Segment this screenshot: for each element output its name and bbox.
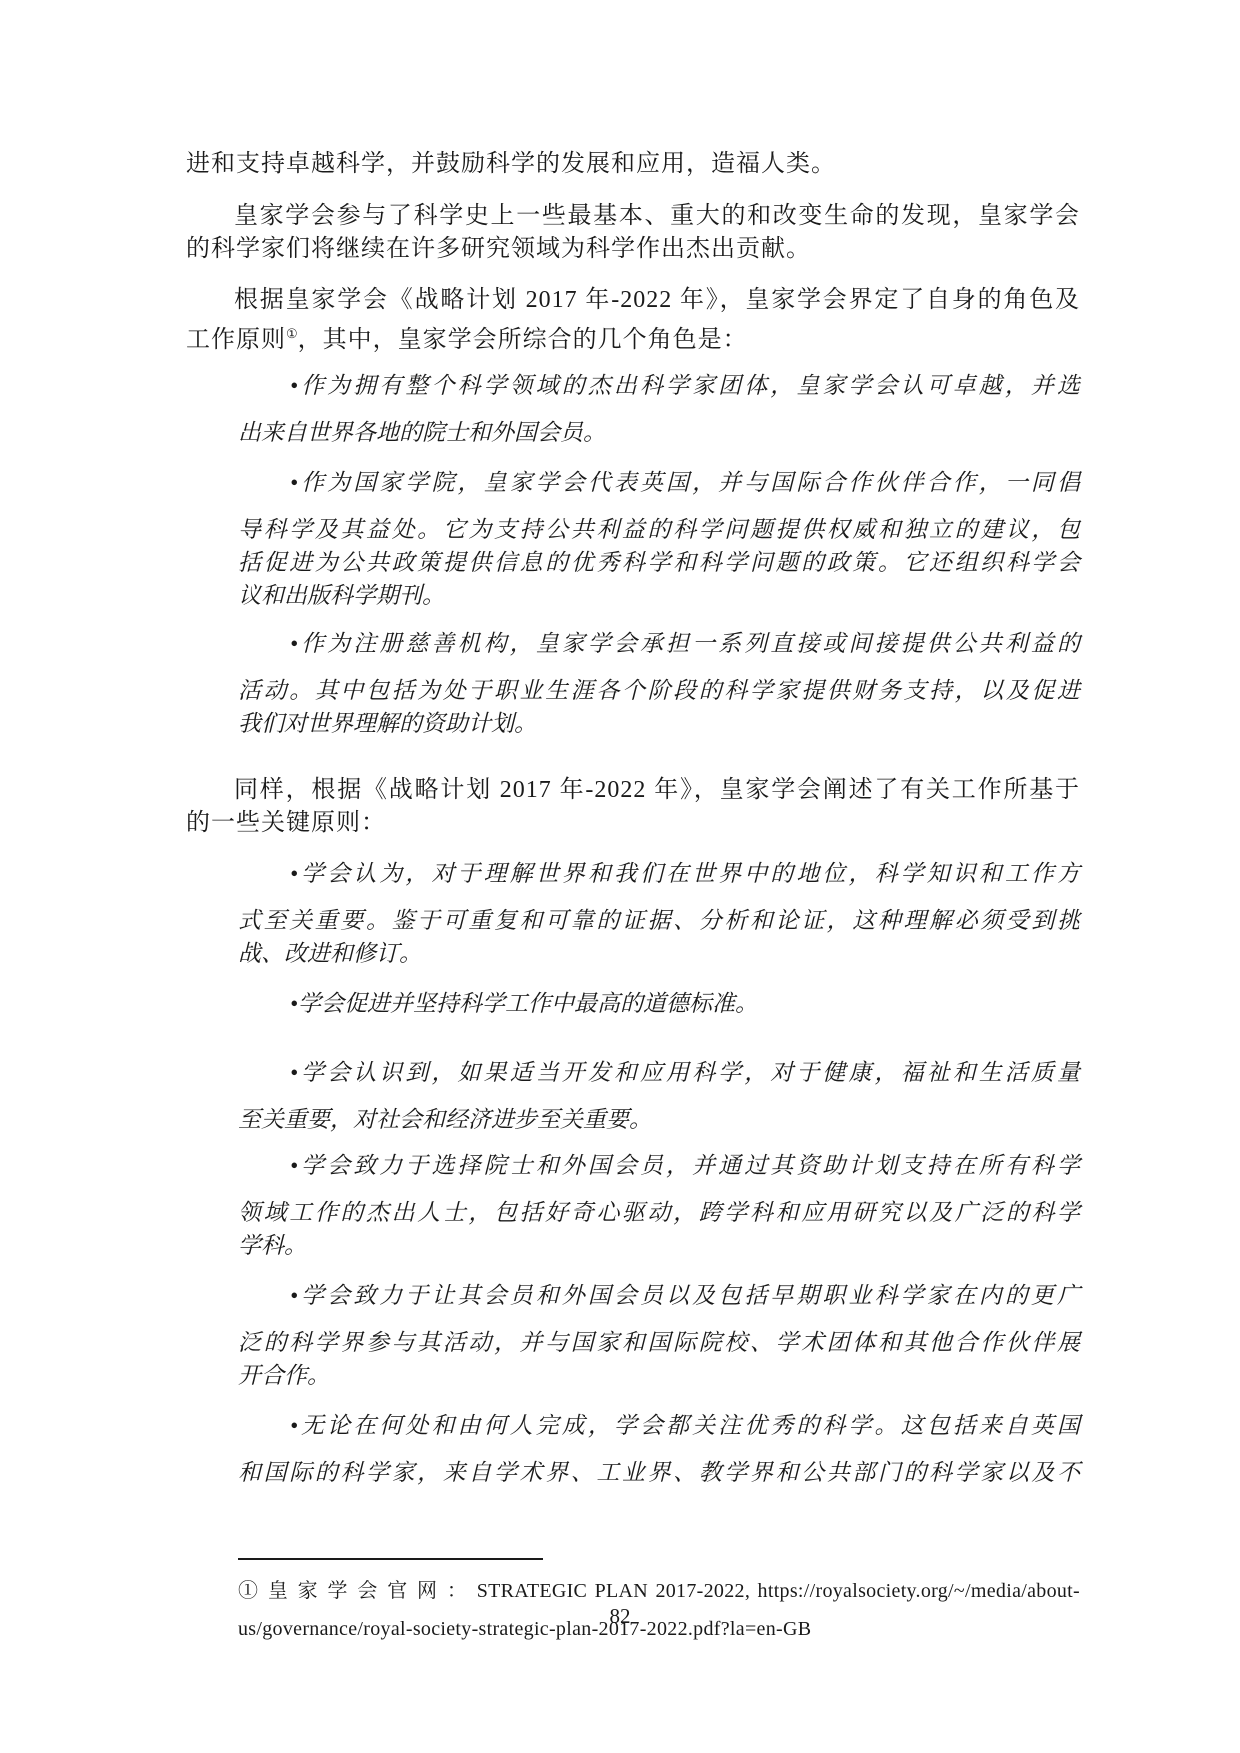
bullet-paragraph: •学会促进并坚持科学工作中最高的道德标准。 [238,987,1080,1034]
footnote-reference-mark: ① [286,326,298,341]
text-line: •作为国家学院，皇家学会代表英国，并与国际合作伙伴合作，一同倡 [238,466,1080,513]
text-line: •作为拥有整个科学领域的杰出科学家团体，皇家学会认可卓越，并选 [238,369,1080,416]
text-line: 工作原则①，其中，皇家学会所综合的几个角色是： [186,317,1080,357]
text-line: 式至关重要。鉴于可重复和可靠的证据、分析和论证，这种理解必须受到挑 [238,904,1080,937]
text-line: •学会致力于让其会员和外国会员以及包括早期职业科学家在内的更广 [238,1279,1080,1326]
text-line: 皇家学会参与了科学史上一些最基本、重大的和改变生命的发现，皇家学会 [186,200,1080,233]
footnote-separator [238,1558,543,1560]
bullet-paragraph: •作为拥有整个科学领域的杰出科学家团体，皇家学会认可卓越，并选出来自世界各地的院… [238,369,1080,449]
text-line: 根据皇家学会《战略计划 2017 年-2022 年》，皇家学会界定了自身的角色及 [186,284,1080,317]
document-page: 进和支持卓越科学，并鼓励科学的发展和应用，造福人类。皇家学会参与了科学史上一些最… [0,0,1240,1753]
text-line: 开合作。 [238,1359,1080,1392]
bullet-paragraph: •无论在何处和由何人完成，学会都关注优秀的科学。这包括来自英国和国际的科学家，来… [238,1409,1080,1489]
text-line: 至关重要，对社会和经济进步至关重要。 [238,1103,1080,1136]
text-line: 的科学家们将继续在许多研究领域为科学作出杰出贡献。 [186,233,1080,266]
text-line: 进和支持卓越科学，并鼓励科学的发展和应用，造福人类。 [186,148,1080,181]
text-line: 括促进为公共政策提供信息的优秀科学和科学问题的政策。它还组织科学会 [238,546,1080,579]
text-line: 的一些关键原则： [186,807,1080,840]
text-line: 同样，根据《战略计划 2017 年-2022 年》，皇家学会阐述了有关工作所基于 [186,774,1080,807]
text-line: •学会促进并坚持科学工作中最高的道德标准。 [238,987,1080,1034]
bullet-paragraph: •学会认为，对于理解世界和我们在世界中的地位，科学知识和工作方式至关重要。鉴于可… [238,857,1080,970]
body-paragraph: 进和支持卓越科学，并鼓励科学的发展和应用，造福人类。 [186,148,1080,181]
text-line: •无论在何处和由何人完成，学会都关注优秀的科学。这包括来自英国 [238,1409,1080,1456]
bullet-paragraph: •作为国家学院，皇家学会代表英国，并与国际合作伙伴合作，一同倡导科学及其益处。它… [238,466,1080,612]
text-line: •学会致力于选择院士和外国会员，并通过其资助计划支持在所有科学 [238,1149,1080,1196]
body-paragraph: 同样，根据《战略计划 2017 年-2022 年》，皇家学会阐述了有关工作所基于… [186,774,1080,840]
text-line: 领域工作的杰出人士，包括好奇心驱动，跨学科和应用研究以及广泛的科学 [238,1196,1080,1229]
text-line: 议和出版科学期刊。 [238,579,1080,612]
body-paragraph: 根据皇家学会《战略计划 2017 年-2022 年》，皇家学会界定了自身的角色及… [186,284,1080,357]
text-line: 和国际的科学家，来自学术界、工业界、教学界和公共部门的科学家以及不 [238,1456,1080,1489]
text-line: 泛的科学界参与其活动，并与国家和国际院校、学术团体和其他合作伙伴展 [238,1326,1080,1359]
bullet-paragraph: •学会认识到，如果适当开发和应用科学，对于健康，福祉和生活质量至关重要，对社会和… [238,1056,1080,1136]
bullet-paragraph: •学会致力于让其会员和外国会员以及包括早期职业科学家在内的更广泛的科学界参与其活… [238,1279,1080,1392]
text-line: 出来自世界各地的院士和外国会员。 [238,416,1080,449]
text-line: 活动。其中包括为处于职业生涯各个阶段的科学家提供财务支持，以及促进 [238,674,1080,707]
bullet-paragraph: •作为注册慈善机构，皇家学会承担一系列直接或间接提供公共利益的活动。其中包括为处… [238,627,1080,740]
body-paragraph: 皇家学会参与了科学史上一些最基本、重大的和改变生命的发现，皇家学会的科学家们将继… [186,200,1080,266]
text-line: 战、改进和修订。 [238,937,1080,970]
text-line: •作为注册慈善机构，皇家学会承担一系列直接或间接提供公共利益的 [238,627,1080,674]
text-line: 我们对世界理解的资助计划。 [238,707,1080,740]
page-number: 82 [0,1604,1240,1629]
text-line: •学会认为，对于理解世界和我们在世界中的地位，科学知识和工作方 [238,857,1080,904]
text-line: 导科学及其益处。它为支持公共利益的科学问题提供权威和独立的建议，包 [238,513,1080,546]
page-content: 进和支持卓越科学，并鼓励科学的发展和应用，造福人类。皇家学会参与了科学史上一些最… [186,148,1080,1489]
text-line: •学会认识到，如果适当开发和应用科学，对于健康，福祉和生活质量 [238,1056,1080,1103]
footnote: ① 皇 家 学 会 官 网 ： STRATEGIC PLAN 2017-2022… [238,1558,1080,1648]
bullet-paragraph: •学会致力于选择院士和外国会员，并通过其资助计划支持在所有科学领域工作的杰出人士… [238,1149,1080,1262]
text-line: 学科。 [238,1229,1080,1262]
